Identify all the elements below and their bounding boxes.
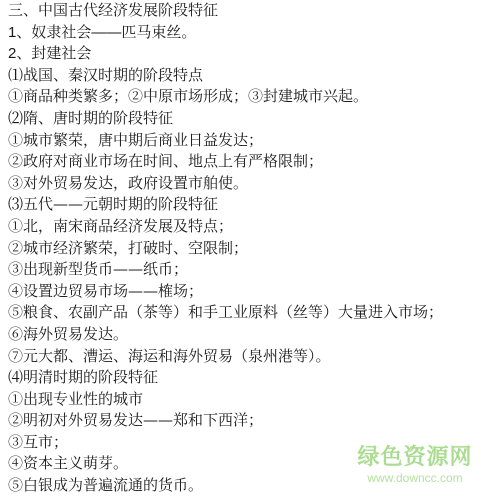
period-heading-ming-qing: ⑷明清时期的阶段特征: [8, 367, 491, 389]
list-item: ⑤粮食、农副产品（茶等）和手工业原料（丝等）大量进入市场；: [8, 302, 491, 324]
subheading-slave-society: 1、奴隶社会——匹马束丝。: [8, 22, 491, 44]
watermark: 绿色资源网 www.downcc.com: [355, 445, 475, 486]
list-item: ②政府对商业市场在时间、地点上有严格限制；: [8, 151, 491, 173]
period-heading-sui-tang: ⑵隋、唐时期的阶段特征: [8, 108, 491, 130]
watermark-url: www.downcc.com: [355, 471, 475, 486]
subheading-feudal-society: 2、封建社会: [8, 43, 491, 65]
list-item: ②明初对外贸易发达——郑和下西洋；: [8, 410, 491, 432]
list-item: ①城市繁荣，唐中期后商业日益发达；: [8, 130, 491, 152]
list-item: ③出现新型货币——纸币；: [8, 259, 491, 281]
document-body: 三、中国古代经济发展阶段特征 1、奴隶社会——匹马束丝。 2、封建社会 ⑴战国、…: [8, 0, 491, 497]
list-item: ④设置边贸易市场——榷场；: [8, 281, 491, 303]
list-item: ①北，南宋商品经济发展及特点；: [8, 216, 491, 238]
section-heading: 三、中国古代经济发展阶段特征: [8, 0, 491, 22]
list-item: ⑥海外贸易发达。: [8, 324, 491, 346]
list-item: ⑦元大都、漕运、海运和海外贸易（泉州港等）。: [8, 346, 491, 368]
list-item: ②城市经济繁荣，打破时、空限制；: [8, 238, 491, 260]
watermark-title: 绿色资源网: [355, 445, 475, 471]
list-item: ①商品种类繁多；②中原市场形成；③封建城市兴起。: [8, 86, 491, 108]
list-item: ①出现专业性的城市: [8, 389, 491, 411]
period-heading-warring-states-qin-han: ⑴战国、秦汉时期的阶段特点: [8, 65, 491, 87]
period-heading-five-dynasties-yuan: ⑶五代——元朝时期的阶段特征: [8, 194, 491, 216]
list-item: ③对外贸易发达，政府设置市舶使。: [8, 173, 491, 195]
